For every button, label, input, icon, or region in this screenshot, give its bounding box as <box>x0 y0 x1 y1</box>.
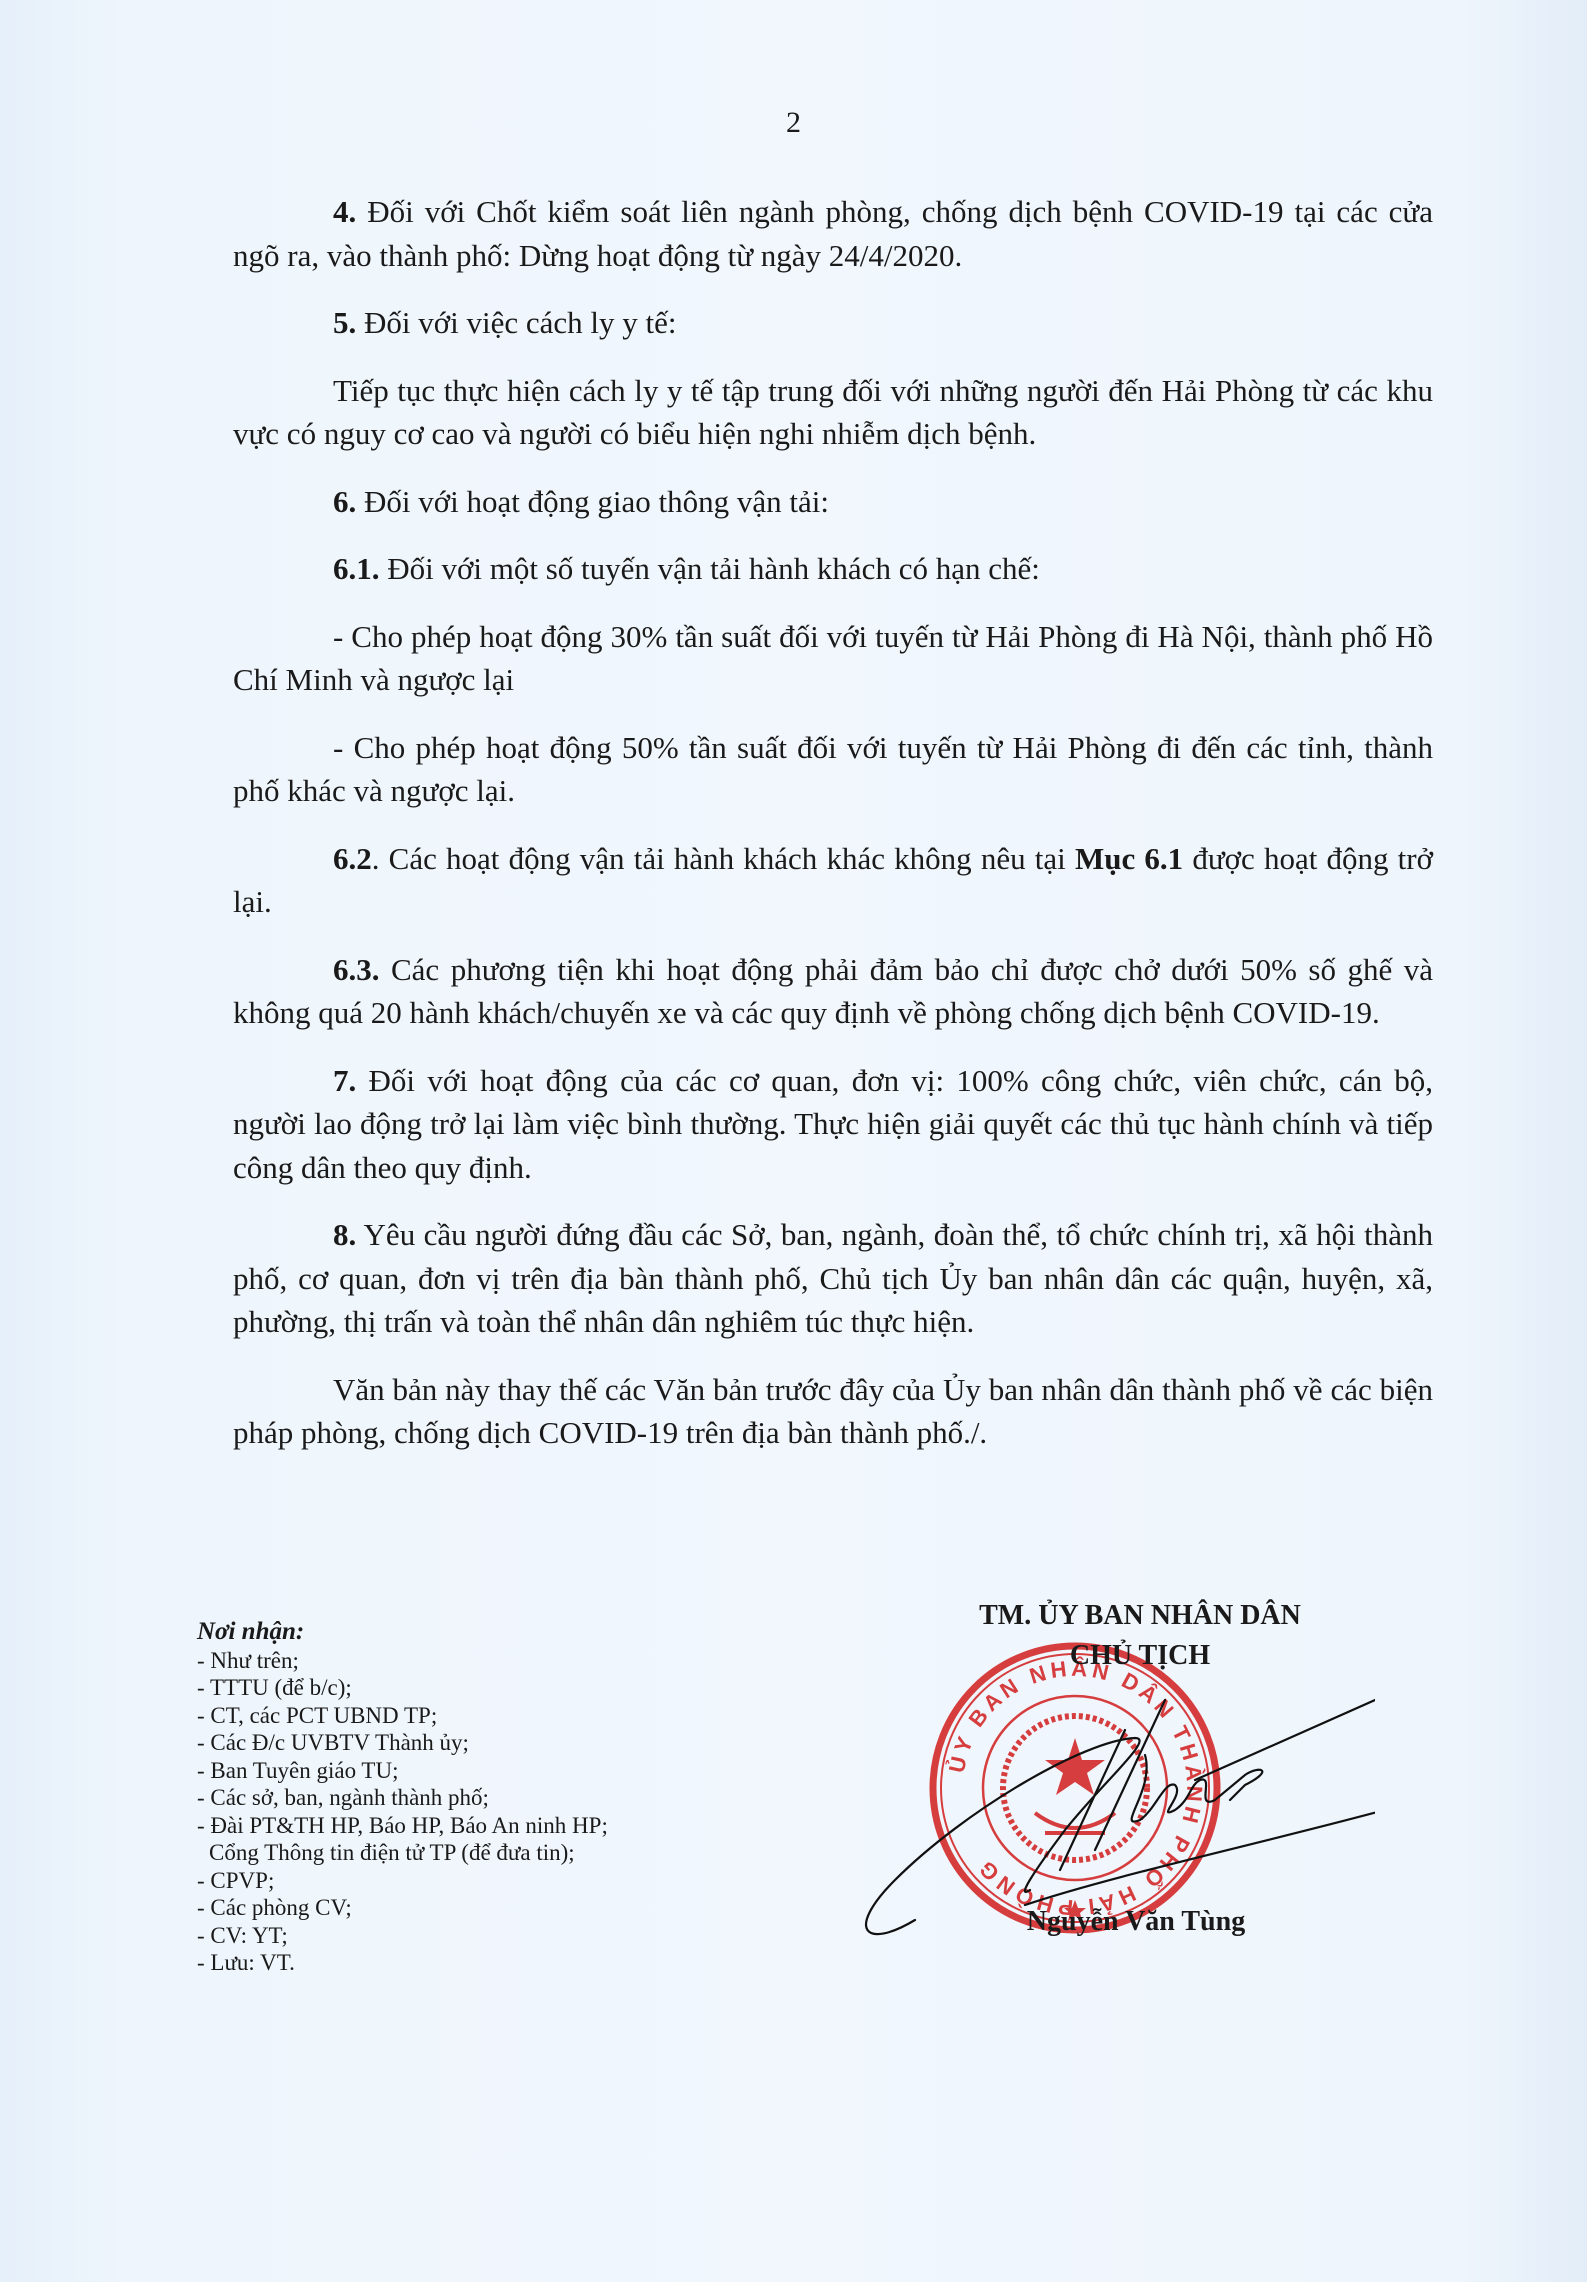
section-text: Yêu cầu người đứng đầu các Sở, ban, ngàn… <box>233 1217 1433 1339</box>
section-text: Đối với việc cách ly y tế: <box>356 305 676 340</box>
section-number: 5. <box>333 305 356 340</box>
recipient-item: - CV: YT; <box>197 1922 608 1950</box>
section-number: 6.2 <box>333 841 372 876</box>
section-8: 8. Yêu cầu người đứng đầu các Sở, ban, n… <box>233 1213 1433 1344</box>
signature-organization: TM. ỦY BAN NHÂN DÂN <box>880 1600 1400 1632</box>
section-text: Tiếp tục thực hiện cách ly y tế tập trun… <box>233 373 1433 452</box>
section-number: 7. <box>333 1063 356 1098</box>
section-reference: Mục 6.1 <box>1075 841 1183 876</box>
recipient-item: - Như trên; <box>197 1647 608 1675</box>
signature-block: TM. ỦY BAN NHÂN DÂN CHỦ TỊCH ỦY BAN NHÂN… <box>870 1600 1390 2000</box>
page-number: 2 <box>0 106 1587 140</box>
signature-role: CHỦ TỊCH <box>880 1640 1400 1672</box>
section-number: 8. <box>333 1217 356 1252</box>
document-body: 4. Đối với Chốt kiểm soát liên ngành phò… <box>233 190 1433 1455</box>
signer-name: Nguyễn Văn Tùng <box>876 1906 1396 1938</box>
section-6-2: 6.2. Các hoạt động vận tải hành khách kh… <box>233 837 1433 924</box>
section-number: 6. <box>333 484 356 519</box>
section-text: Đối với hoạt động của các cơ quan, đơn v… <box>233 1063 1433 1185</box>
section-6-3: 6.3. Các phương tiện khi hoạt động phải … <box>233 948 1433 1035</box>
section-text: Đối với Chốt kiểm soát liên ngành phòng,… <box>233 194 1433 273</box>
section-6: 6. Đối với hoạt động giao thông vận tải: <box>233 480 1433 524</box>
recipient-item: - CT, các PCT UBND TP; <box>197 1702 608 1730</box>
section-6-1: 6.1. Đối với một số tuyến vận tải hành k… <box>233 547 1433 591</box>
recipient-item: - Các Đ/c UVBTV Thành ủy; <box>197 1729 608 1757</box>
closing-paragraph: Văn bản này thay thế các Văn bản trước đ… <box>233 1368 1433 1455</box>
section-text: . Các hoạt động vận tải hành khách khác … <box>372 841 1075 876</box>
recipient-item: - TTTU (để b/c); <box>197 1674 608 1702</box>
recipient-item: - Đài PT&TH HP, Báo HP, Báo An ninh HP; <box>197 1812 608 1840</box>
recipients-title: Nơi nhận: <box>197 1618 608 1646</box>
recipient-item: Cổng Thông tin điện tử TP (để đưa tin); <box>197 1839 608 1867</box>
section-5: 5. Đối với việc cách ly y tế: <box>233 301 1433 345</box>
section-text: Văn bản này thay thế các Văn bản trước đ… <box>233 1372 1433 1451</box>
section-number: 6.3. <box>333 952 380 987</box>
section-text: - Cho phép hoạt động 30% tần suất đối vớ… <box>233 619 1433 698</box>
section-4: 4. Đối với Chốt kiểm soát liên ngành phò… <box>233 190 1433 277</box>
section-number: 4. <box>333 194 356 229</box>
section-text: Các phương tiện khi hoạt động phải đảm b… <box>233 952 1433 1031</box>
section-5-body: Tiếp tục thực hiện cách ly y tế tập trun… <box>233 369 1433 456</box>
section-6-1-bullet-1: - Cho phép hoạt động 30% tần suất đối vớ… <box>233 615 1433 702</box>
section-text: - Cho phép hoạt động 50% tần suất đối vớ… <box>233 730 1433 809</box>
recipient-item: - Các sở, ban, ngành thành phố; <box>197 1784 608 1812</box>
section-number: 6.1. <box>333 551 380 586</box>
recipient-item: - Ban Tuyên giáo TU; <box>197 1757 608 1785</box>
recipient-item: - Lưu: VT. <box>197 1949 608 1977</box>
recipients-list: Nơi nhận: - Như trên; - TTTU (để b/c); -… <box>197 1618 608 1977</box>
section-7: 7. Đối với hoạt động của các cơ quan, đơ… <box>233 1059 1433 1190</box>
section-text: Đối với hoạt động giao thông vận tải: <box>356 484 829 519</box>
recipient-item: - CPVP; <box>197 1867 608 1895</box>
section-6-1-bullet-2: - Cho phép hoạt động 50% tần suất đối vớ… <box>233 726 1433 813</box>
section-text: Đối với một số tuyến vận tải hành khách … <box>380 551 1040 586</box>
recipient-item: - Các phòng CV; <box>197 1894 608 1922</box>
